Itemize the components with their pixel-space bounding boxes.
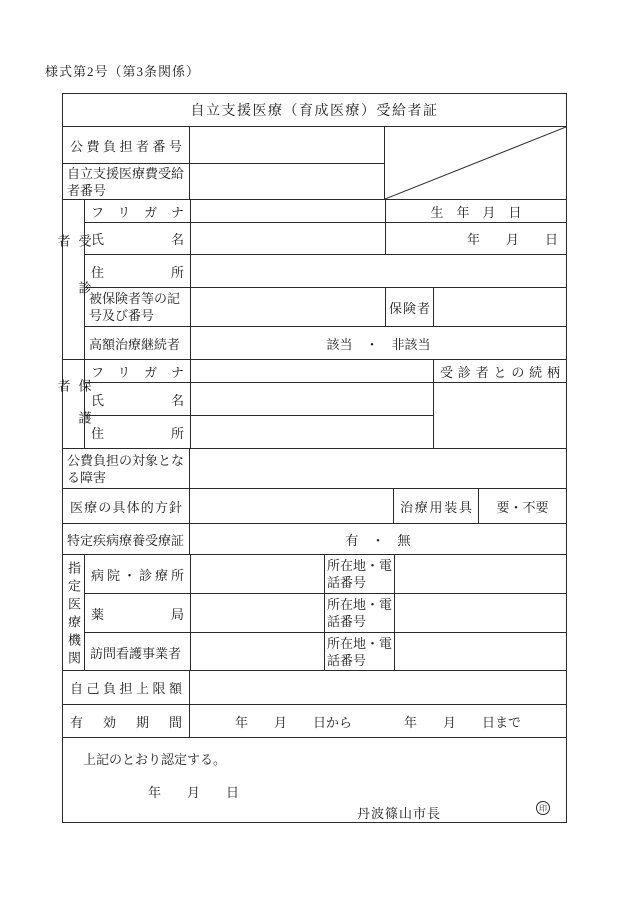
orthosis-value-cell: 要・不要 bbox=[478, 489, 566, 523]
mayor-name: 丹波篠山市長 bbox=[357, 803, 441, 822]
number-block: 公費負担者番号 自立支援医療費受給者番号 bbox=[63, 126, 566, 199]
relationship-value-cell bbox=[434, 382, 566, 448]
guardian-name-value-cell bbox=[190, 383, 433, 415]
pharmacy-row: 薬局 所在地・電話番号 bbox=[85, 593, 566, 632]
insurance-label: 被保険者等の記号及び番号 bbox=[89, 290, 186, 324]
certification-block: 上記のとおり認定する。 年 月 日 丹波篠山市長 印 bbox=[63, 737, 566, 822]
birthdate-value-cell: 年 月 日 bbox=[386, 222, 566, 254]
specific-disease-value-cell: 有 ・ 無 bbox=[189, 524, 566, 554]
payer-number-label-cell: 公費負担者番号 bbox=[63, 127, 189, 163]
birthdate-header: 生 年 月 日 bbox=[430, 202, 521, 221]
patient-furigana-label: フリガナ bbox=[91, 202, 184, 221]
nursing-address-label-cell: 所在地・電話番号 bbox=[324, 633, 394, 671]
specific-disease-label: 特定疾病療養受療証 bbox=[67, 530, 185, 549]
guardian-furigana-label-cell: フリガナ bbox=[85, 360, 190, 382]
hospital-address-label: 所在地・電話番号 bbox=[327, 557, 392, 591]
guardian-furigana-label: フリガナ bbox=[91, 362, 184, 381]
insurance-value-cell bbox=[190, 288, 385, 326]
guardian-address-label: 住所 bbox=[91, 423, 184, 442]
guardian-name-label: 氏名 bbox=[91, 390, 184, 409]
seal-mark-icon: 印 bbox=[536, 801, 550, 815]
hospital-address-label-cell: 所在地・電話番号 bbox=[324, 555, 394, 593]
payer-number-row: 公費負担者番号 bbox=[63, 127, 384, 163]
insurer-label: 保険者 bbox=[389, 298, 430, 317]
patient-name-label-cell: 氏名 bbox=[85, 223, 190, 254]
copay-limit-value-cell bbox=[189, 671, 566, 704]
patient-name-value-cell bbox=[190, 223, 385, 254]
certificate-form-table: 自立支援医療（育成医療）受給者証 公費負担者番号 自立支援医療費受給者番号 bbox=[62, 93, 567, 823]
validity-to: 年 月 日まで bbox=[404, 712, 521, 731]
guardian-name-row: 氏名 bbox=[85, 382, 433, 415]
insurance-label-cell: 被保険者等の記号及び番号 bbox=[85, 288, 190, 326]
insurer-label-cell: 保険者 bbox=[385, 288, 433, 326]
pharmacy-label-cell: 薬局 bbox=[85, 594, 190, 632]
disability-value-cell bbox=[189, 449, 566, 488]
high-cost-value-cell: 該当 ・ 非該当 bbox=[190, 327, 566, 360]
guardian-address-row: 住所 bbox=[85, 415, 433, 449]
hospital-label: 病院・診療所 bbox=[91, 565, 184, 584]
disability-label-cell: 公費負担の対象となる障害 bbox=[63, 449, 189, 488]
nursing-label-cell: 訪問看護事業者 bbox=[85, 633, 190, 671]
patient-insurance-row: 被保険者等の記号及び番号 保険者 bbox=[85, 287, 566, 326]
copay-limit-label-cell: 自己負担上限額 bbox=[63, 671, 189, 704]
diagonal-line bbox=[385, 127, 566, 199]
institutions-section-label-cell: 指定医療機関 bbox=[63, 555, 84, 670]
form-title: 自立支援医療（育成医療）受給者証 bbox=[63, 94, 566, 126]
orthosis-value: 要・不要 bbox=[496, 497, 548, 516]
high-cost-row: 高額治療継続者 該当 ・ 非該当 bbox=[85, 326, 566, 360]
high-cost-value: 該当 ・ 非該当 bbox=[326, 334, 430, 353]
certify-text: 上記のとおり認定する。 bbox=[83, 749, 226, 768]
pharmacy-value-cell bbox=[190, 594, 324, 632]
orthosis-label: 治療用装具 bbox=[400, 497, 472, 516]
hospital-address-value-cell bbox=[394, 555, 566, 593]
guardian-section: 保護者 フリガナ 氏名 bbox=[63, 359, 566, 448]
institutions-section-label: 指定医療機関 bbox=[63, 556, 84, 669]
patient-address-value-cell bbox=[190, 255, 566, 287]
patient-name-row: 氏名 bbox=[85, 222, 385, 254]
guardian-address-label-cell: 住所 bbox=[85, 416, 190, 449]
guardian-address-value-cell bbox=[190, 416, 433, 449]
validity-from: 年 月 日から bbox=[235, 712, 352, 731]
patient-furigana-row: フリガナ bbox=[85, 200, 385, 222]
pharmacy-address-value-cell bbox=[394, 594, 566, 632]
orthosis-label-cell: 治療用装具 bbox=[393, 489, 478, 523]
policy-value-cell bbox=[189, 489, 393, 523]
patient-address-label: 住所 bbox=[91, 262, 184, 281]
recipient-number-label-cell: 自立支援医療費受給者番号 bbox=[63, 164, 189, 200]
nursing-label: 訪問看護事業者 bbox=[90, 643, 185, 662]
nursing-value-cell bbox=[190, 633, 324, 671]
validity-label-cell: 有効期間 bbox=[63, 705, 189, 737]
guardian-furigana-value-cell bbox=[190, 360, 433, 382]
hospital-value-cell bbox=[190, 555, 324, 593]
nursing-address-label: 所在地・電話番号 bbox=[327, 635, 392, 669]
specific-disease-label-cell: 特定疾病療養受療証 bbox=[63, 524, 189, 554]
disability-row: 公費負担の対象となる障害 bbox=[63, 448, 566, 488]
policy-label-cell: 医療の具体的方針 bbox=[63, 489, 189, 523]
guardian-section-label-cell: 保護者 bbox=[63, 360, 84, 448]
payer-number-value-cell bbox=[189, 127, 384, 163]
relationship-header: 受診者との続柄 bbox=[440, 362, 560, 381]
pharmacy-address-label-cell: 所在地・電話番号 bbox=[324, 594, 394, 632]
hospital-label-cell: 病院・診療所 bbox=[85, 555, 190, 593]
guardian-name-label-cell: 氏名 bbox=[85, 383, 190, 415]
document-page: 様式第2号（第3条関係） 自立支援医療（育成医療）受給者証 公費負担者番号 自立… bbox=[0, 0, 630, 903]
pharmacy-address-label: 所在地・電話番号 bbox=[327, 596, 392, 630]
crossed-out-cell bbox=[384, 127, 566, 199]
patient-address-label-cell: 住所 bbox=[85, 255, 190, 287]
policy-label: 医療の具体的方針 bbox=[70, 497, 182, 516]
specific-disease-value: 有 ・ 無 bbox=[345, 530, 410, 549]
institutions-section: 指定医療機関 病院・診療所 所在地・電話番号 薬局 bbox=[63, 554, 566, 670]
certify-date-line: 年 月 日 bbox=[148, 782, 239, 801]
birthdate-value: 年 月 日 bbox=[467, 229, 558, 248]
patient-furigana-label-cell: フリガナ bbox=[85, 200, 190, 222]
patient-section: 受診者 フリガナ 氏名 bbox=[63, 199, 566, 359]
recipient-number-value-cell bbox=[189, 164, 384, 200]
relationship-block: 受診者との続柄 bbox=[433, 360, 566, 448]
copay-limit-label: 自己負担上限額 bbox=[70, 678, 182, 697]
guardian-furigana-row: フリガナ bbox=[85, 360, 433, 382]
policy-row: 医療の具体的方針 治療用装具 要・不要 bbox=[63, 488, 566, 523]
insurer-value-cell bbox=[433, 288, 566, 326]
recipient-number-label: 自立支援医療費受給者番号 bbox=[67, 165, 185, 199]
disability-label: 公費負担の対象となる障害 bbox=[67, 452, 185, 486]
high-cost-label-cell: 高額治療継続者 bbox=[85, 327, 190, 360]
patient-name-label: 氏名 bbox=[91, 229, 184, 248]
nursing-row: 訪問看護事業者 所在地・電話番号 bbox=[85, 632, 566, 671]
pharmacy-label: 薬局 bbox=[91, 604, 184, 623]
patient-section-label-cell: 受診者 bbox=[63, 200, 84, 359]
patient-furigana-value-cell bbox=[190, 200, 385, 222]
validity-label: 有効期間 bbox=[70, 712, 182, 731]
validity-row: 有効期間 年 月 日から 年 月 日まで bbox=[63, 704, 566, 737]
hospital-row: 病院・診療所 所在地・電話番号 bbox=[85, 555, 566, 593]
recipient-number-row: 自立支援医療費受給者番号 bbox=[63, 163, 384, 200]
relationship-header-cell: 受診者との続柄 bbox=[434, 360, 566, 382]
patient-birthdate-block: 生 年 月 日 年 月 日 bbox=[385, 200, 566, 254]
validity-value-cell: 年 月 日から 年 月 日まで bbox=[189, 705, 566, 737]
birthdate-header-cell: 生 年 月 日 bbox=[386, 200, 566, 222]
payer-number-label: 公費負担者番号 bbox=[70, 136, 182, 155]
form-number-note: 様式第2号（第3条関係） bbox=[45, 61, 200, 80]
copay-limit-row: 自己負担上限額 bbox=[63, 670, 566, 704]
nursing-address-value-cell bbox=[394, 633, 566, 671]
high-cost-label: 高額治療継続者 bbox=[89, 334, 186, 353]
specific-disease-row: 特定疾病療養受療証 有 ・ 無 bbox=[63, 523, 566, 554]
patient-address-row: 住所 bbox=[85, 254, 566, 287]
